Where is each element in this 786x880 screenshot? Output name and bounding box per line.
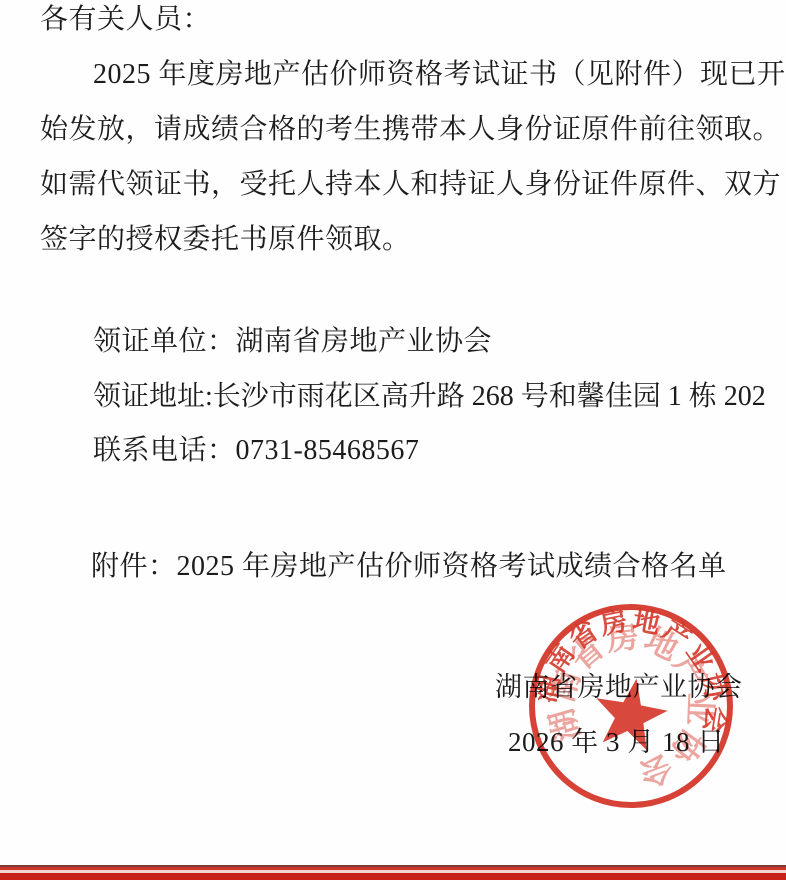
official-seal-stamp: 湖南省房地产业协会 湖南省房地产业协会: [521, 596, 741, 816]
footer-divider: [0, 864, 786, 880]
salutation-line: 各有关人员：: [40, 5, 211, 35]
footer-divider-thick-red: [0, 873, 786, 880]
attachment-line: 附件：2025 年房地产估价师资格考试成绩合格名单: [91, 552, 727, 582]
document-page: 各有关人员： 2025 年度房地产估价师资格考试证书（见附件）现已开 始发放，请…: [0, 0, 786, 880]
paragraph-line: 始发放，请成绩合格的考生携带本人身份证原件前往领取。: [40, 115, 781, 145]
paragraph-line: 签字的授权委托书原件领取。: [40, 225, 411, 255]
pickup-address-line: 领证地址:长沙市雨花区高升路 268 号和馨佳园 1 栋 202: [93, 382, 766, 412]
contact-phone-line: 联系电话：0731-85468567: [93, 436, 419, 466]
seal-star: [596, 679, 667, 751]
pickup-unit-line: 领证单位：湖南省房地产业协会: [93, 327, 492, 357]
paragraph-line: 如需代领证书，受托人持本人和持证人身份证件原件、双方: [40, 170, 781, 200]
paragraph-line: 2025 年度房地产估价师资格考试证书（见附件）现已开: [93, 60, 786, 90]
